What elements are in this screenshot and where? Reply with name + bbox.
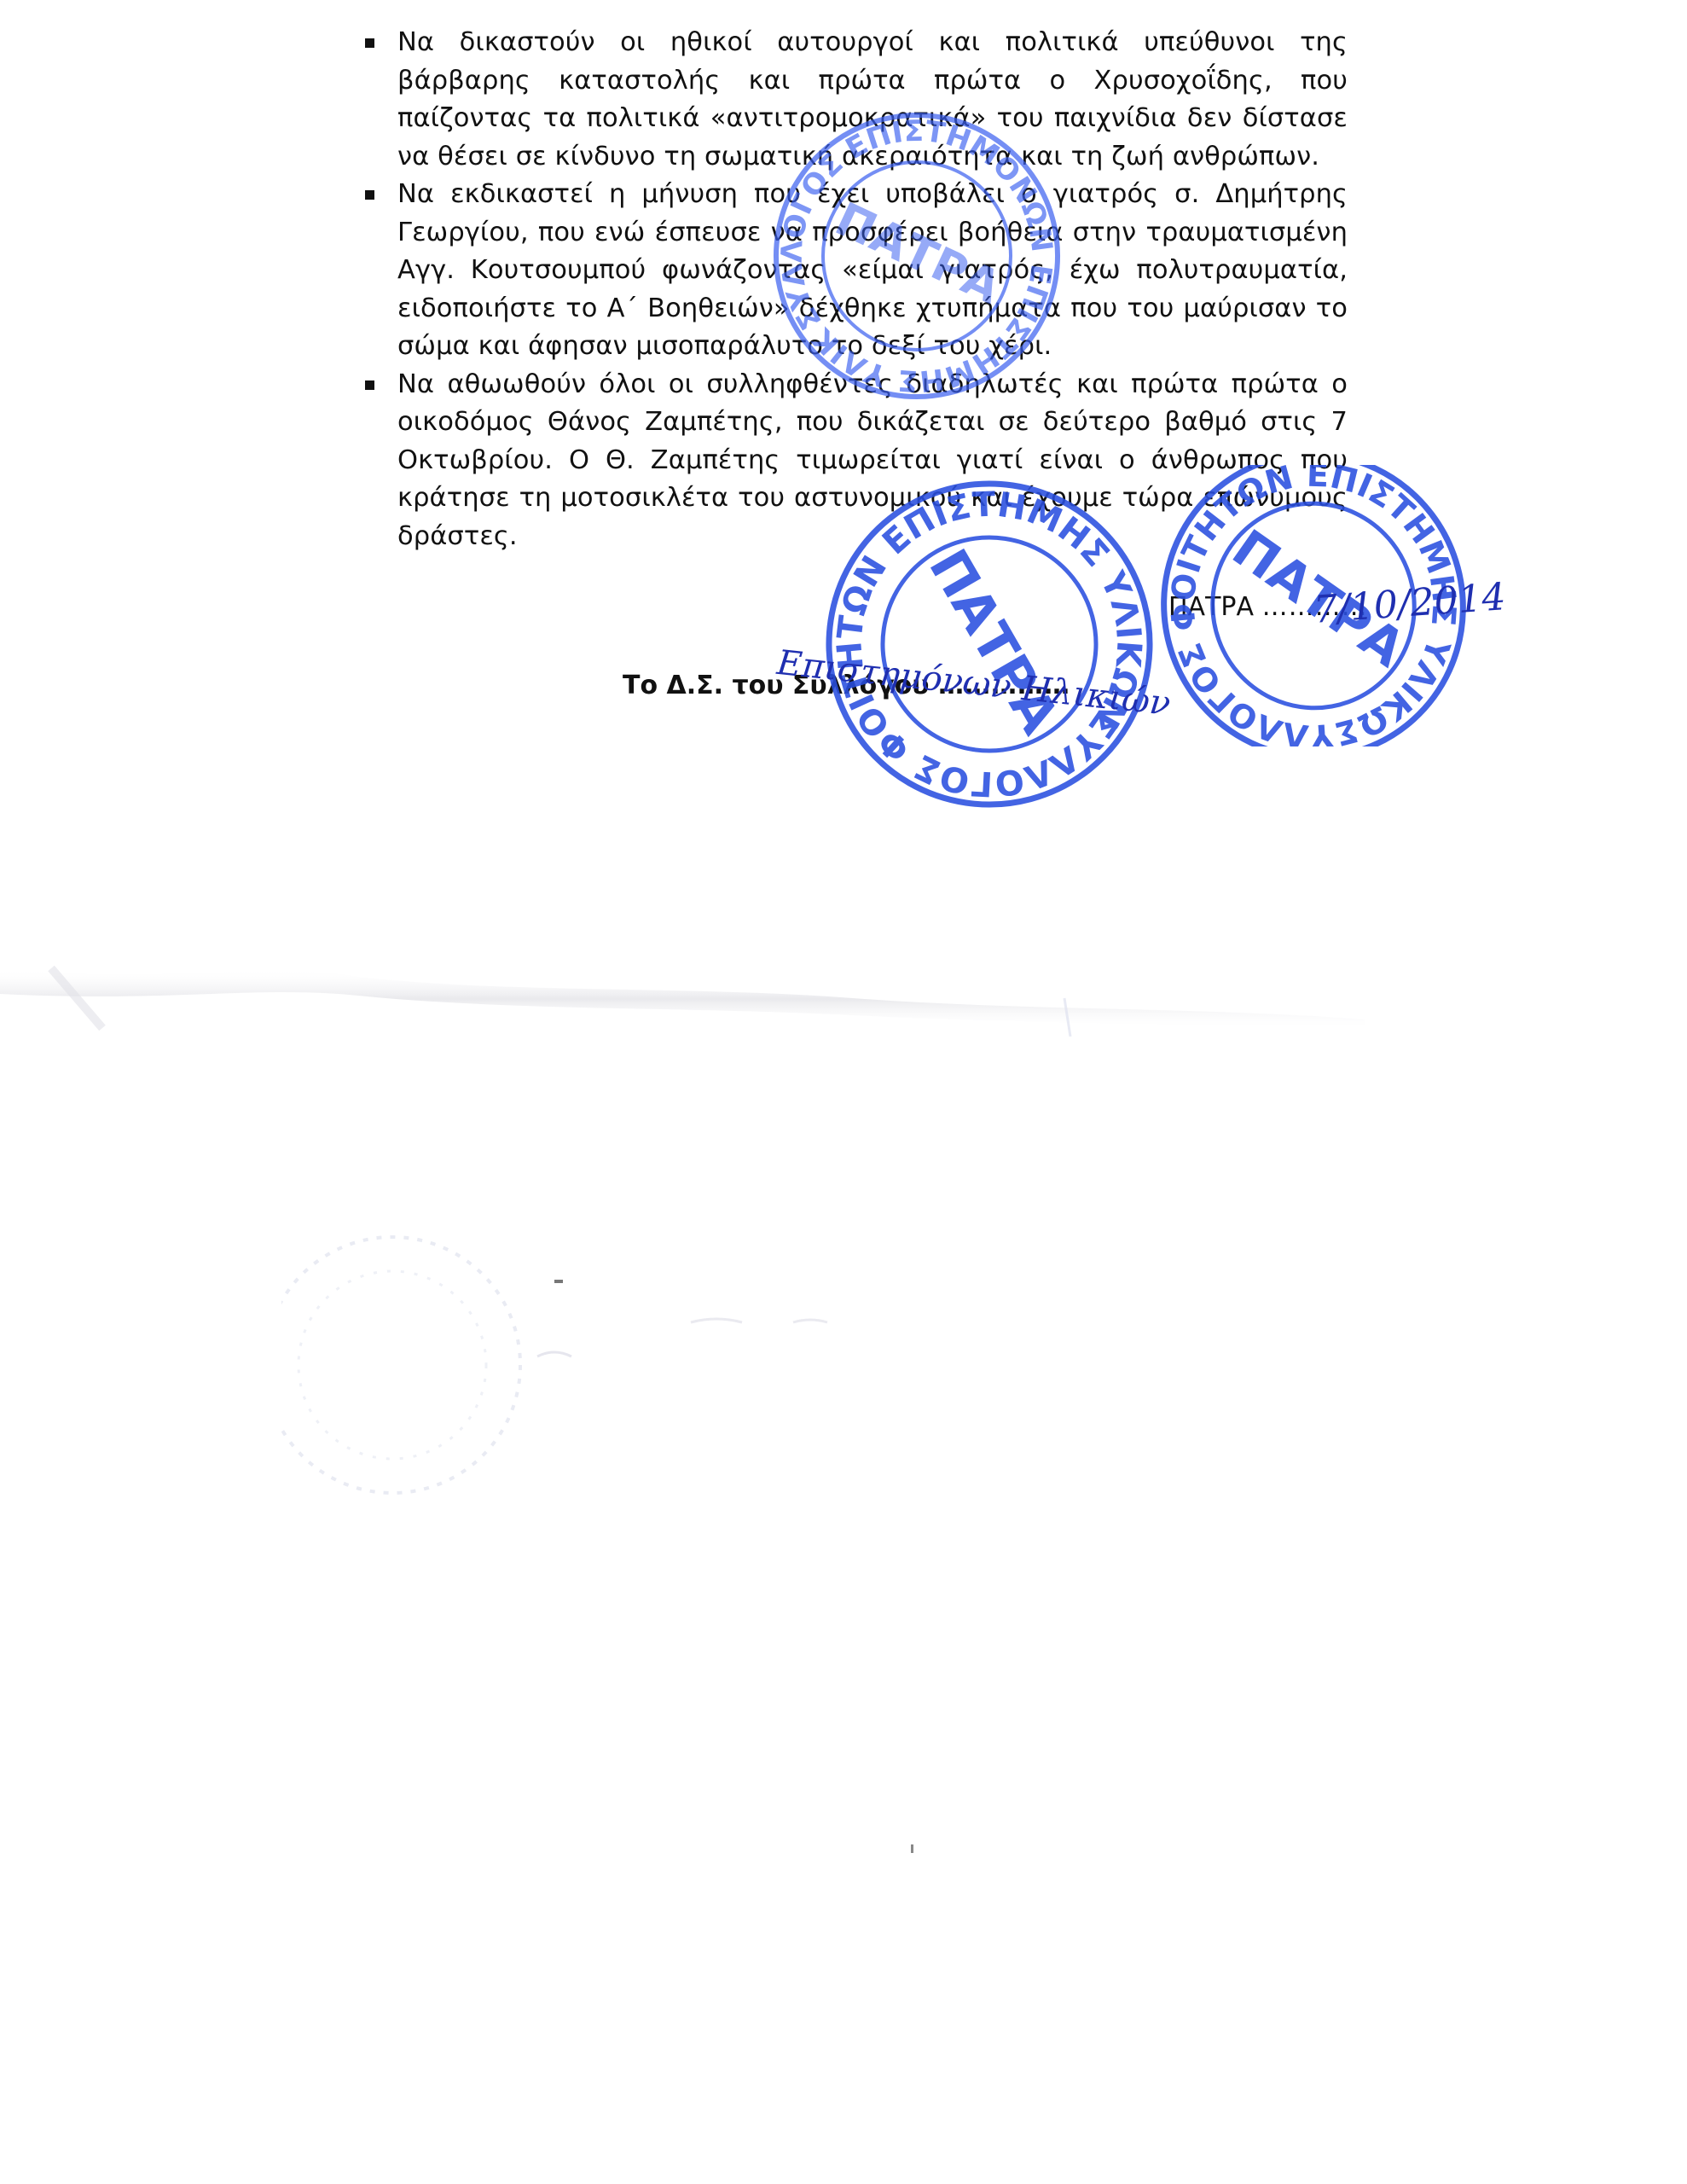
scanned-document-page: Να δικαστούν οι ηθικοί αυτουργοί και πολ… [0, 0, 1687, 2184]
square-bullet-icon [365, 38, 374, 48]
square-bullet-icon [365, 380, 374, 390]
association-stamp-icon: ΣΥΛΛΟΓΟΣ ΦΟΙΤΗΤΩΝ ΕΠΙΣΤΗΜΗΣ ΥΛΙΚΩΝ ΠΑΤΡΑ [823, 478, 1156, 810]
bleed-through-artifact [281, 1194, 878, 1536]
stamp-center-text: ΠΑΤΡΑ [827, 192, 1009, 315]
association-stamp-icon: ΣΥΛΛΟΓΟΣ ΕΠΙΣΤΗΜΟΝΩΝ ΕΠΙΣΤΗΜΗΣ ΥΛΙΚΩΝ ΠΑ… [763, 102, 1070, 409]
scan-speck [911, 1844, 913, 1853]
square-bullet-icon [365, 190, 374, 200]
paper-fold-artifact [0, 934, 1687, 1037]
stamp-center-text: ΠΑΤΡΑ [917, 538, 1071, 744]
